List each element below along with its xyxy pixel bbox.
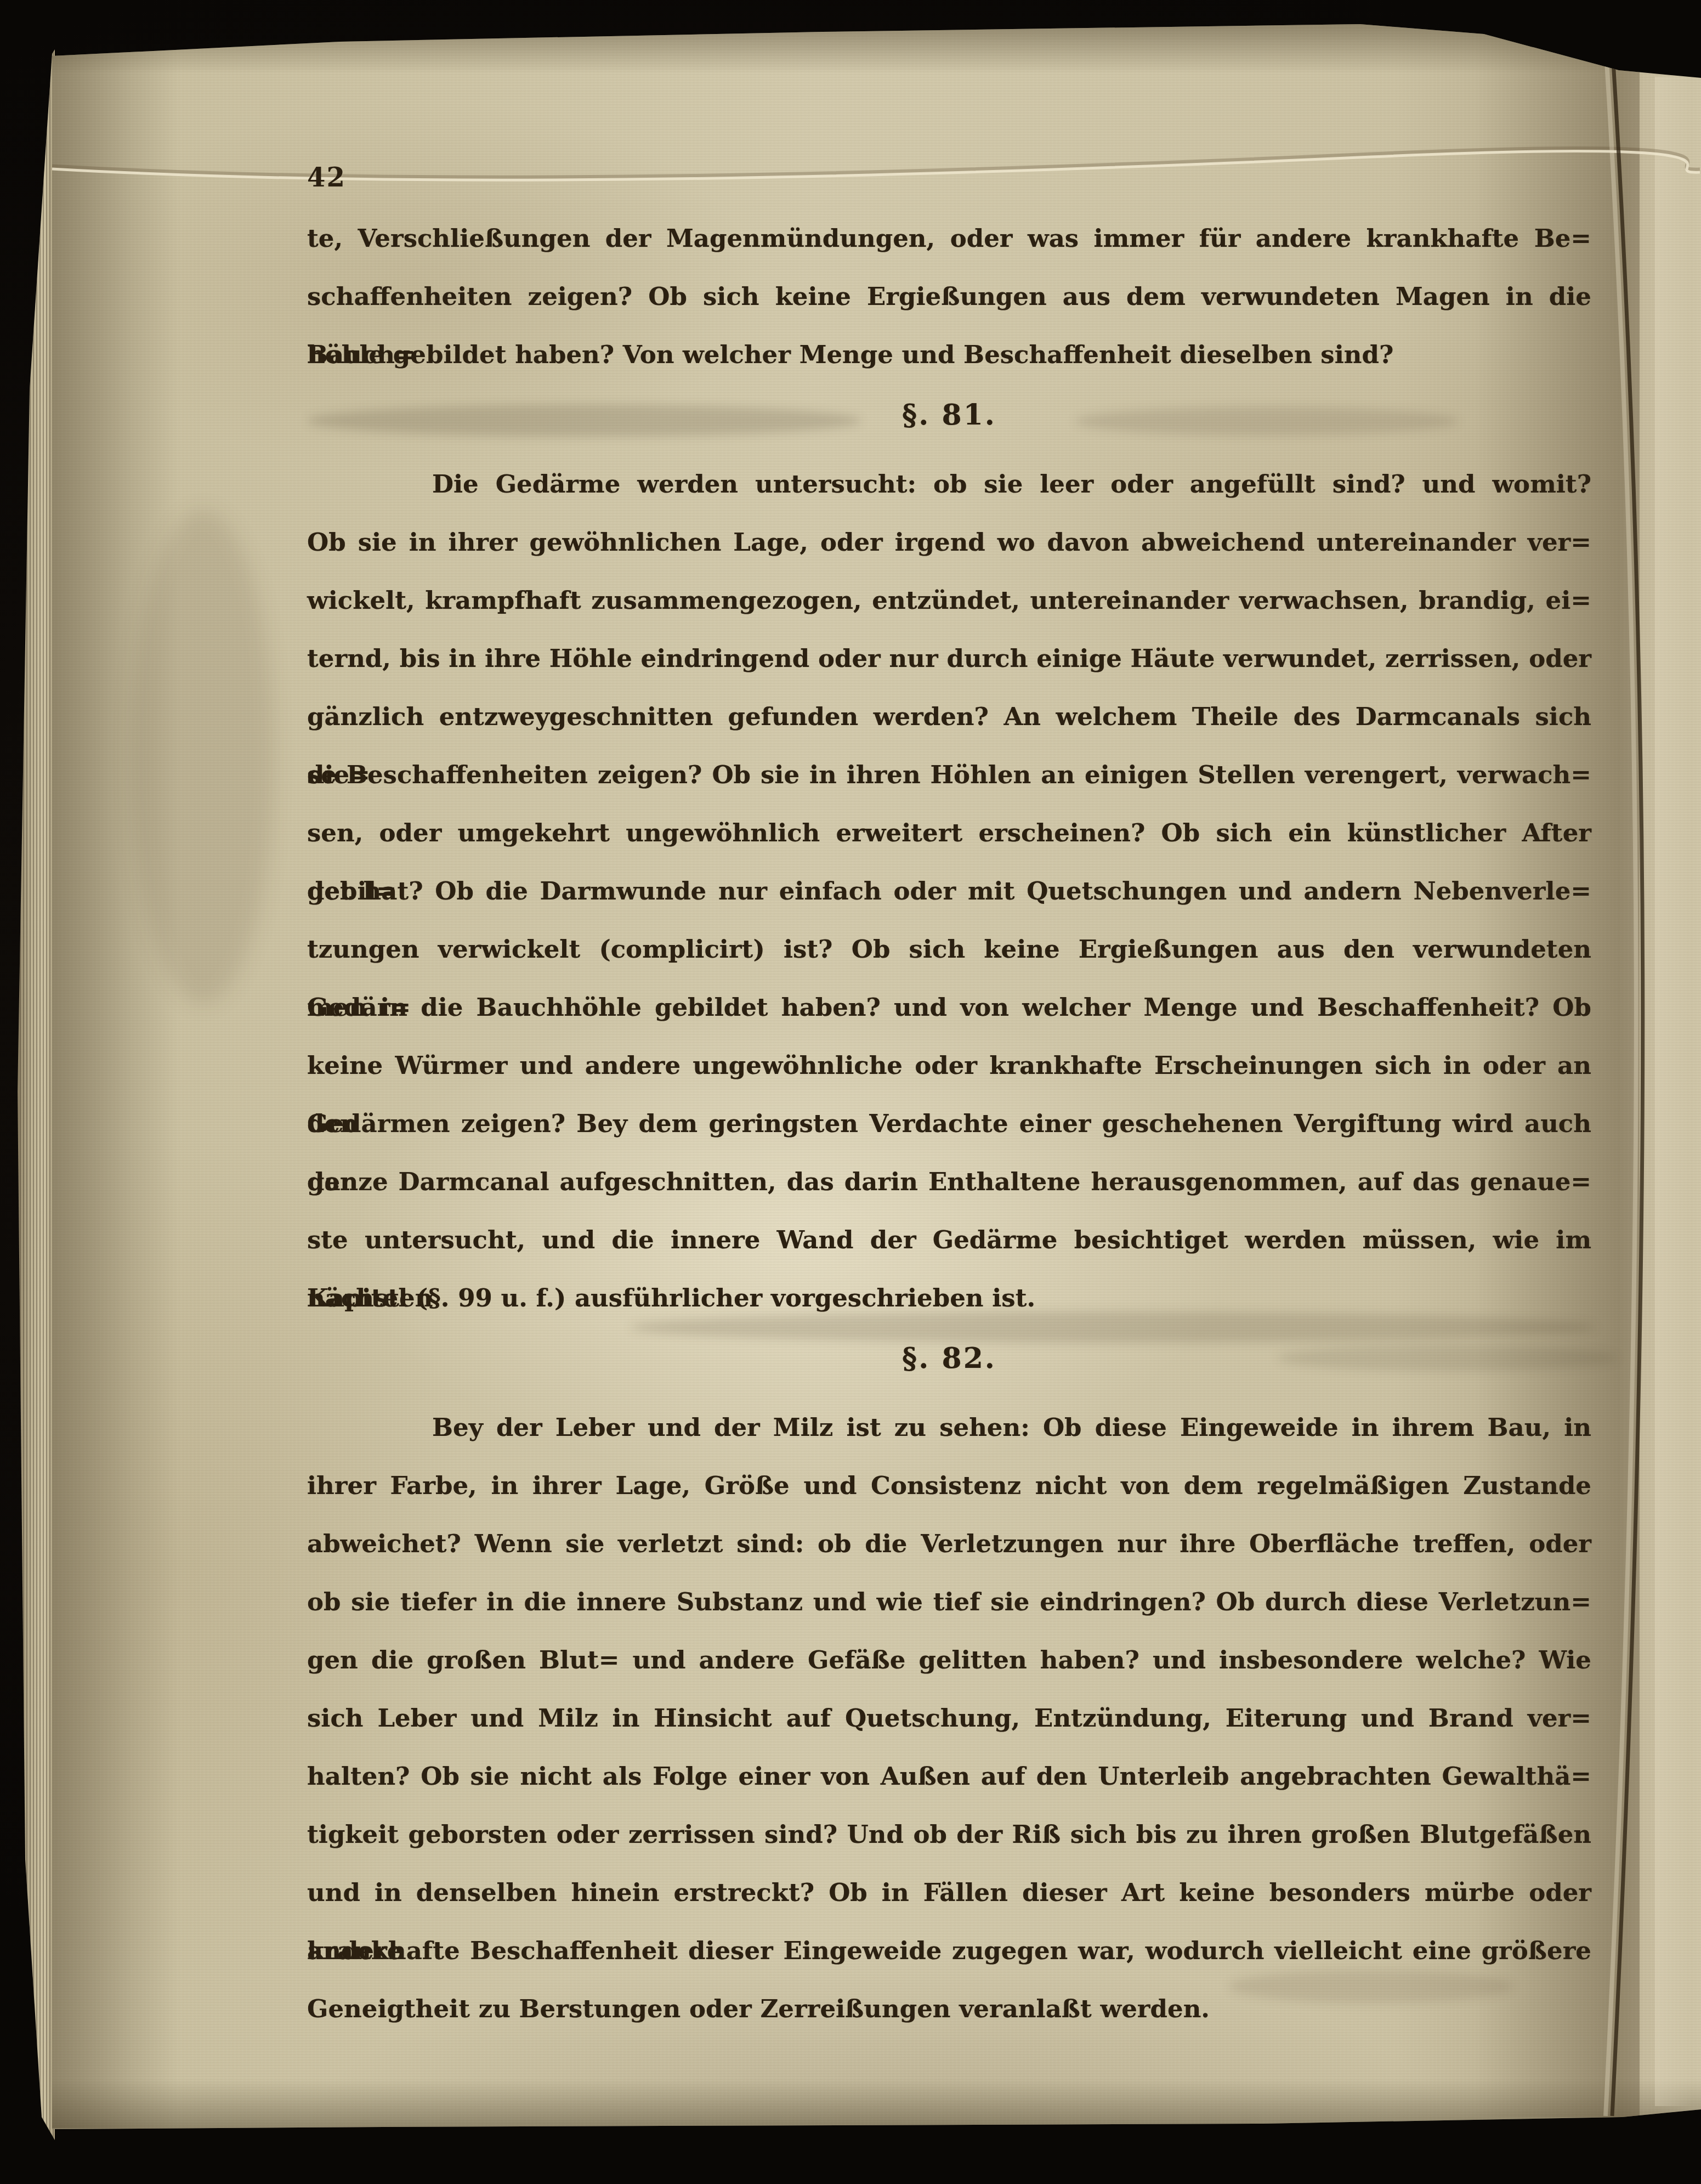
text-line: men in die Bauchhöhle gebildet haben? un… — [307, 978, 1591, 1037]
section-heading-82: §. 82. — [307, 1329, 1591, 1388]
text-line: ganze Darmcanal aufgeschnitten, das dari… — [307, 1153, 1591, 1211]
text-line: keine Würmer und andere ungewöhnliche od… — [307, 1037, 1591, 1095]
gutter-crease-line — [1612, 61, 1643, 2116]
text-block: te, Verschließungen der Magenmündungen, … — [307, 210, 1591, 2038]
text-line: Bey der Leber und der Milz ist zu sehen:… — [307, 1399, 1591, 1457]
section-heading-81: §. 81. — [307, 386, 1591, 444]
page-number: 42 — [307, 162, 346, 193]
paper-stain — [132, 510, 274, 1004]
text-line: krankhafte Beschaffenheit dieser Eingewe… — [307, 1922, 1591, 1980]
text-line: ob sie tiefer in die innere Substanz und… — [307, 1573, 1591, 1631]
text-line: ternd, bis in ihre Höhle eindringend ode… — [307, 630, 1591, 688]
text-line: ihrer Farbe, in ihrer Lage, Größe und Co… — [307, 1457, 1591, 1515]
text-line: und in denselben hinein erstreckt? Ob in… — [307, 1864, 1591, 1922]
text-line: Ob sie in ihrer gewöhnlichen Lage, oder … — [307, 513, 1591, 572]
text-line: se Beschaffenheiten zeigen? Ob sie in ih… — [307, 746, 1591, 804]
text-line: gänzlich entzweygeschnitten gefunden wer… — [307, 688, 1591, 746]
text-line: sich Leber und Milz in Hinsicht auf Quet… — [307, 1689, 1591, 1747]
text-line: höhle gebildet haben? Von welcher Menge … — [307, 326, 1591, 384]
text-line: ste untersucht, und die innere Wand der … — [307, 1211, 1591, 1269]
text-line: Kapitel (§. 99 u. f.) ausführlicher vorg… — [307, 1269, 1591, 1327]
text-line: halten? Ob sie nicht als Folge einer von… — [307, 1747, 1591, 1806]
text-line: det hat? Ob die Darmwunde nur einfach od… — [307, 862, 1591, 920]
text-line: abweichet? Wenn sie verletzt sind: ob di… — [307, 1515, 1591, 1573]
left-edge-shadow — [52, 33, 178, 2128]
text-line: tigkeit geborsten oder zerrissen sind? U… — [307, 1806, 1591, 1864]
book-page: 42 te, Verschließungen der Magenmündunge… — [0, 0, 1701, 2184]
text-line: Gedärmen zeigen? Bey dem geringsten Verd… — [307, 1095, 1591, 1153]
text-line: Die Gedärme werden untersucht: ob sie le… — [307, 455, 1591, 513]
text-line: tzungen verwickelt (complicirt) ist? Ob … — [307, 920, 1591, 978]
text-line: Geneigtheit zu Berstungen oder Zerreißun… — [307, 1980, 1591, 2038]
text-line: gen die großen Blut= und andere Gefäße g… — [307, 1631, 1591, 1689]
text-line: sen, oder umgekehrt ungewöhnlich erweite… — [307, 804, 1591, 862]
next-page-strip — [1655, 77, 1701, 2106]
text-line: schaffenheiten zeigen? Ob sich keine Erg… — [307, 268, 1591, 326]
text-line: wickelt, krampfhaft zusammengezogen, ent… — [307, 572, 1591, 630]
text-line: te, Verschließungen der Magenmündungen, … — [307, 210, 1591, 268]
